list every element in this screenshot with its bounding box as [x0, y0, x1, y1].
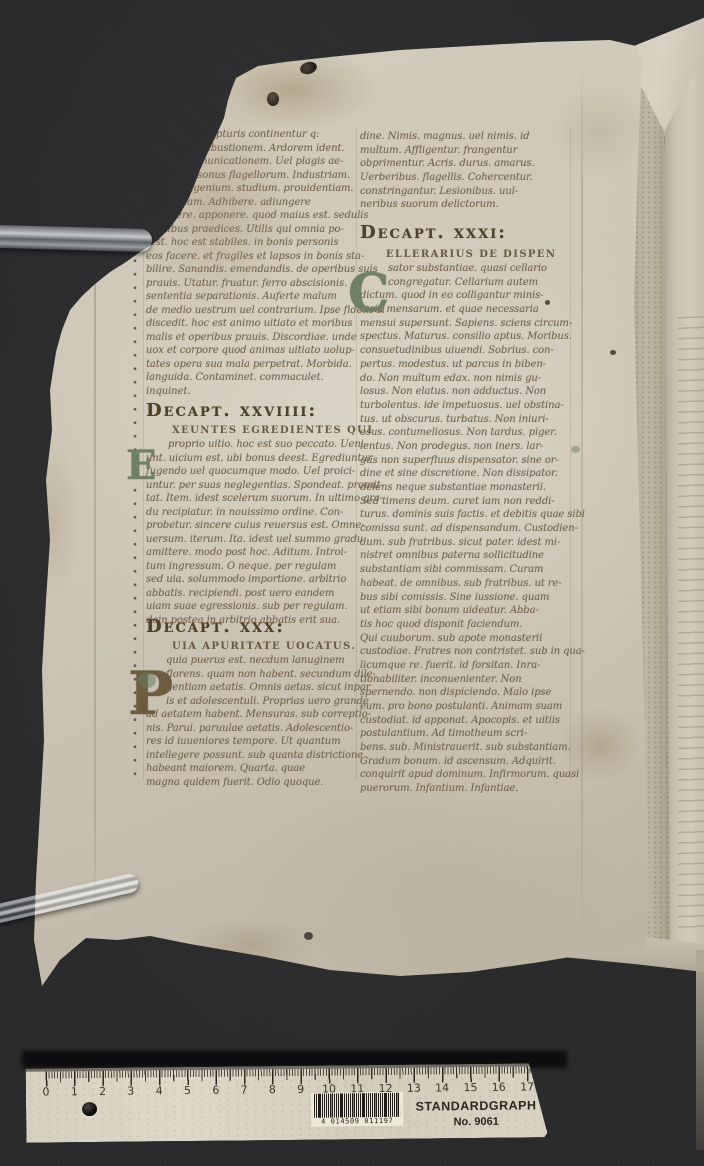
manuscript-line: tis hoc quod disponit faciendum. — [360, 618, 572, 632]
manuscript-line: Uerberibus. flagellis. Cohercentur. — [360, 171, 572, 185]
manuscript-line: puerorum. Infantium. Infantiae. — [360, 782, 572, 796]
ruler-number: 8 — [258, 1083, 286, 1096]
manuscript-line: Qui cuuborum. sub apote monasterii — [360, 632, 572, 646]
manuscript-line: tionabiliter. inconuenienter. Non — [360, 673, 572, 687]
manuscript-line: delens neque substantiae monasterii. — [360, 481, 572, 495]
manuscript-line: bilire. Sanandis. emendandis. de operibu… — [146, 263, 358, 277]
chapter31-heading: Decapt. xxxi: — [360, 222, 572, 243]
manuscript-line: untur. per suas neglegentias. Spondeat. … — [146, 479, 358, 493]
manuscript-line: spectus. Maturus. consilio aptus. Moribu… — [360, 330, 572, 344]
manuscript-line: proprio uitio. hoc est suo peccato. Ueni… — [168, 438, 358, 452]
chapter-incipit-caps: UIA APURITATE UOCATUS. — [172, 640, 358, 654]
manuscript-line: tum ingressum. O neque. per regulam — [146, 560, 358, 574]
manuscript-line: florens. quam non habent. secundum dile- — [166, 668, 358, 682]
manuscript-line: fugendo uel quocumque modo. Uel proici- — [146, 465, 358, 479]
parchment-hole — [299, 60, 319, 76]
manuscript-line: dine et sine discretione. Non dissipator… — [360, 467, 572, 481]
manuscript-line: test. hoc est stabiles. in bonis personi… — [146, 236, 358, 250]
manuscript-line: Sed timens deum. curet iam non reddi- — [360, 495, 572, 509]
manuscript-line: adducere. apponere. quod maius est. sedu… — [146, 209, 358, 223]
manuscript-line: do. Non multum edax. non nimis gu- — [360, 372, 572, 386]
manuscript-line: habeat. de omnibus. sub fratribus. ut re… — [360, 577, 572, 591]
left-block-ch28: rum qui inscripturis continentur q:Aduen… — [146, 128, 358, 398]
ruler-number: 15 — [456, 1081, 484, 1094]
manuscript-line: du recipiatur. in nouissimo ordine. Con- — [146, 506, 358, 520]
barcode: 4 014509 011197 — [311, 1092, 403, 1127]
manuscript-line: congregatur. Cellarium autem — [388, 276, 572, 290]
glass-rod-weight-top — [0, 225, 152, 252]
ruler-number: 1 — [60, 1085, 88, 1098]
manuscript-line: inquinet. — [146, 385, 358, 399]
manuscript-line: Gradum bonum. id ascensum. Adquirit. — [360, 755, 572, 769]
manuscript-line: constringantur. Lesionibus. uul- — [360, 185, 572, 199]
ruler-number: 13 — [400, 1082, 428, 1095]
ruler-brand-name: STANDARDGRAPH — [410, 1098, 542, 1113]
manuscript-line: amittere. modo post hoc. Aditum. Introi- — [146, 546, 358, 560]
manuscript-line: sator substantiae. quasi cellario — [388, 262, 572, 276]
horizontal-crease-top — [0, 0, 396, 5]
vertical-crease-left — [94, 150, 96, 930]
left-block-ch29: E XEUNTES EGREDIENTES QUI proprio uitio.… — [146, 424, 358, 627]
right-block-ch30-end: dine. Nimis. magnus. uel nimis. idmultum… — [360, 130, 572, 212]
manuscript-line: unt. uicium est. ubi bonus deest. Egredi… — [146, 452, 358, 466]
ruler-brand-block: STANDARDGRAPH No. 9061 — [410, 1098, 542, 1128]
manuscript-line: gentiam aetatis. Omnis aetas. sicut inpa… — [166, 681, 358, 695]
manuscript-line: neribus suorum delictorum. — [360, 198, 572, 212]
ruler-number: 6 — [202, 1084, 230, 1097]
manuscript-line: uigilantiam. Adhibere. adiungere — [146, 196, 358, 210]
decorated-initial-c: C — [348, 268, 389, 320]
diagonal-crease-bottom-2 — [1, 0, 208, 24]
manuscript-line: malis et operibus prauis. Discordiae. un… — [146, 331, 358, 345]
manuscript-line: nis. Parui. paruulae aetatis. Adolescent… — [146, 722, 358, 736]
manuscript-line: comissa sunt. ad dispensandum. Custodien… — [360, 522, 572, 536]
manuscript-line: turus. dominis suis factis. et debitis q… — [360, 508, 572, 522]
manuscript-line: ad aetatem habent. Mensuras. sub corrept… — [146, 708, 358, 722]
ruler-number: 7 — [230, 1083, 258, 1096]
manuscript-line: losus. Non elatus. non adductus. Non — [360, 385, 572, 399]
manuscript-line: probetur. sincere cuius reuersus est. Om… — [146, 519, 358, 533]
chapter29-heading: Decapt. xxviiii: — [146, 400, 358, 421]
parchment-hole — [267, 92, 279, 106]
manuscript-line: osus. contumeliosus. Non tardus. piger. — [360, 426, 572, 440]
manuscript-line: habeant maiorem. Quarta. quae — [146, 762, 358, 776]
ink-speck — [304, 932, 313, 940]
manuscript-line: ut etiam sibi bonum uideatur. Abba- — [360, 604, 572, 618]
chapter-heading-text: Decapt. xxxi: — [360, 222, 572, 243]
manuscript-line: eum. pro bono postulanti. Animam suam — [360, 700, 572, 714]
manuscript-line: magna quidem fuerit. Odio quoque. — [146, 776, 358, 790]
manuscript-line: omnibus praedices. Utilis qui omnia po- — [146, 223, 358, 237]
decorated-initial-e: E — [126, 446, 157, 486]
manuscript-line: dictum. quod in eo colligantur minis- — [360, 289, 572, 303]
manuscript-line: languida. Contaminet. commaculet. — [146, 371, 358, 385]
manuscript-line: tus. ut obscurus. turbatus. Non iniuri- — [360, 413, 572, 427]
ruler-number: 14 — [428, 1081, 456, 1094]
ruler-number: 17 — [513, 1080, 541, 1093]
ruler-hanging-hole — [82, 1102, 97, 1116]
manuscript-line: intellegere possunt. sub quanta district… — [146, 749, 358, 763]
manuscript-line: lentus. Non prodegus. non iners. lar- — [360, 440, 572, 454]
manuscript-line: curam. ingenium. studium. prouidentiam. — [146, 182, 358, 196]
chapter29-lines: proprio uitio. hoc est suo peccato. Ueni… — [146, 438, 358, 627]
manuscript-line: custodiat. id apponat. Apocopis. et uiti… — [360, 714, 572, 728]
diagonal-crease-bottom — [3, 0, 246, 34]
ruler-number: 2 — [88, 1085, 116, 1098]
manuscript-line: consuetudinibus uiuendi. Sobrius. con- — [360, 344, 572, 358]
manuscript-line: licumque re. fuerit. id forsitan. Inra- — [360, 659, 572, 673]
manuscript-line: gerum. id sonus flagellorum. Industriam. — [146, 169, 358, 183]
manuscript-line: uox et corpore quod animas uitiato uolup… — [146, 344, 358, 358]
manuscript-line: postulantium. Ad timotheum scri- — [360, 727, 572, 741]
manuscript-line: dine. Nimis. magnus. uel nimis. id — [360, 130, 572, 144]
manuscript-line: teria mensarum. et quae necessaria — [360, 303, 572, 317]
manuscript-line: discedit. hoc est animo uitiato et morib… — [146, 317, 358, 331]
manuscript-line: multum. Affligentur. frangentur — [360, 144, 572, 158]
measuring-ruler: 01234567891011121314151617 4 014509 0111… — [26, 1063, 548, 1142]
manuscript-line: bus sibi comissis. Sine iussione. quam — [360, 591, 572, 605]
decorated-initial-p: P — [128, 664, 173, 724]
chapter-heading-text: Decapt. xxx: — [146, 616, 358, 637]
manuscript-line: obprimentur. Acris. durus. amarus. — [360, 157, 572, 171]
chapter30-heading: Decapt. xxx: — [146, 616, 358, 637]
manuscript-line: tates opera sua mala perpetrat. Morbida. — [146, 358, 358, 372]
barcode-bars — [314, 1093, 400, 1118]
ruler-number: 16 — [485, 1081, 513, 1094]
ruler-number: 4 — [145, 1084, 173, 1097]
manuscript-line: quia puerus est. necdum lanuginem — [166, 654, 358, 668]
chapter-incipit-caps: ELLERARIUS DE DISPEN — [386, 248, 572, 262]
manuscript-line: substantiam sibi commissam. Curam — [360, 563, 572, 577]
next-folio-right-sliver — [696, 950, 704, 1150]
parchment-leaf: rum qui inscripturis continentur q:Aduen… — [0, 0, 704, 1166]
chapter31-lines: sator substantiae. quasi cellariocongreg… — [360, 262, 572, 796]
manuscript-line: nistret omnibus paterna sollicitudine — [360, 549, 572, 563]
ink-speck — [610, 350, 616, 355]
manuscript-line: Aduene. combustionem. Ardorem ident. — [146, 142, 358, 156]
manuscript-line: sententia separationis. Auferte malum — [146, 290, 358, 304]
manuscript-line: rum qui inscripturis continentur q: — [146, 128, 358, 142]
manuscript-line: prauis. Utatur. fruatur. ferro abscision… — [146, 277, 358, 291]
manuscript-line: uiam suae egressionis. sub per regulam. — [146, 600, 358, 614]
manuscript-line: spernendo. non dispiciendo. Malo ipse — [360, 686, 572, 700]
manuscript-line: uersum. iterum. Ita. idest uel summo gra… — [146, 533, 358, 547]
manuscript-line: sed uia. solummodo importione. arbitrio — [146, 573, 358, 587]
manuscript-line: conquirit apud dominum. Infirmorum. quas… — [360, 768, 572, 782]
manuscript-line: bens. sub. Ministrauerit. sub substantia… — [360, 741, 572, 755]
chapter-heading-text: Decapt. xxviiii: — [146, 400, 358, 421]
manuscript-line: turbolentus. ide impetuosus. uel obstina… — [360, 399, 572, 413]
manuscript-line: mensui supersunt. Sapiens. sciens circum… — [360, 317, 572, 331]
right-block-ch31: C ELLERARIUS DE DISPEN sator substantiae… — [360, 248, 572, 796]
barcode-digits: 4 014509 011197 — [321, 1117, 393, 1126]
vertical-crease-right — [581, 60, 583, 945]
manuscript-photo: rum qui inscripturis continentur q:Aduen… — [0, 0, 704, 1166]
manuscript-line: abbatis. recipiendi. post uero eandem — [146, 587, 358, 601]
manuscript-line: is et adolescentuli. Proprias uero grand… — [166, 695, 358, 709]
manuscript-line: de medio uestrum uel contrarium. Ipse fi… — [146, 304, 358, 318]
manuscript-line: gus non superfluus dispensator. sine or- — [360, 454, 572, 468]
manuscript-line: per excommunicationem. Uel plagis ae- — [146, 155, 358, 169]
ruler-model-number: No. 9061 — [410, 1115, 542, 1128]
chapter30-lines: quia puerus est. necdum lanuginemflorens… — [146, 654, 358, 789]
ruler-number: 5 — [173, 1084, 201, 1097]
manuscript-line: dum. sub fratribus. sicut pater. idest m… — [360, 536, 572, 550]
left-block-ch30: P UIA APURITATE UOCATUS. quia puerus est… — [146, 640, 358, 789]
manuscript-line: pertus. modestus. ut parcus in biben- — [360, 358, 572, 372]
manuscript-line: res id iuueniores tempore. Ut quantum — [146, 735, 358, 749]
chapter-incipit-caps: XEUNTES EGREDIENTES QUI — [172, 424, 358, 438]
manuscript-line: custodiae. Fratres non contristet. sub i… — [360, 645, 572, 659]
ruler-number: 3 — [117, 1084, 145, 1097]
green-pigment-spot — [571, 446, 580, 453]
ruler-number: 0 — [32, 1085, 60, 1098]
manuscript-line: tat. Item. idest scelerum suorum. In ult… — [146, 492, 358, 506]
manuscript-line: eos facere. et fragiles et lapsos in bon… — [146, 250, 358, 264]
next-folio-script-lines — [678, 308, 704, 928]
